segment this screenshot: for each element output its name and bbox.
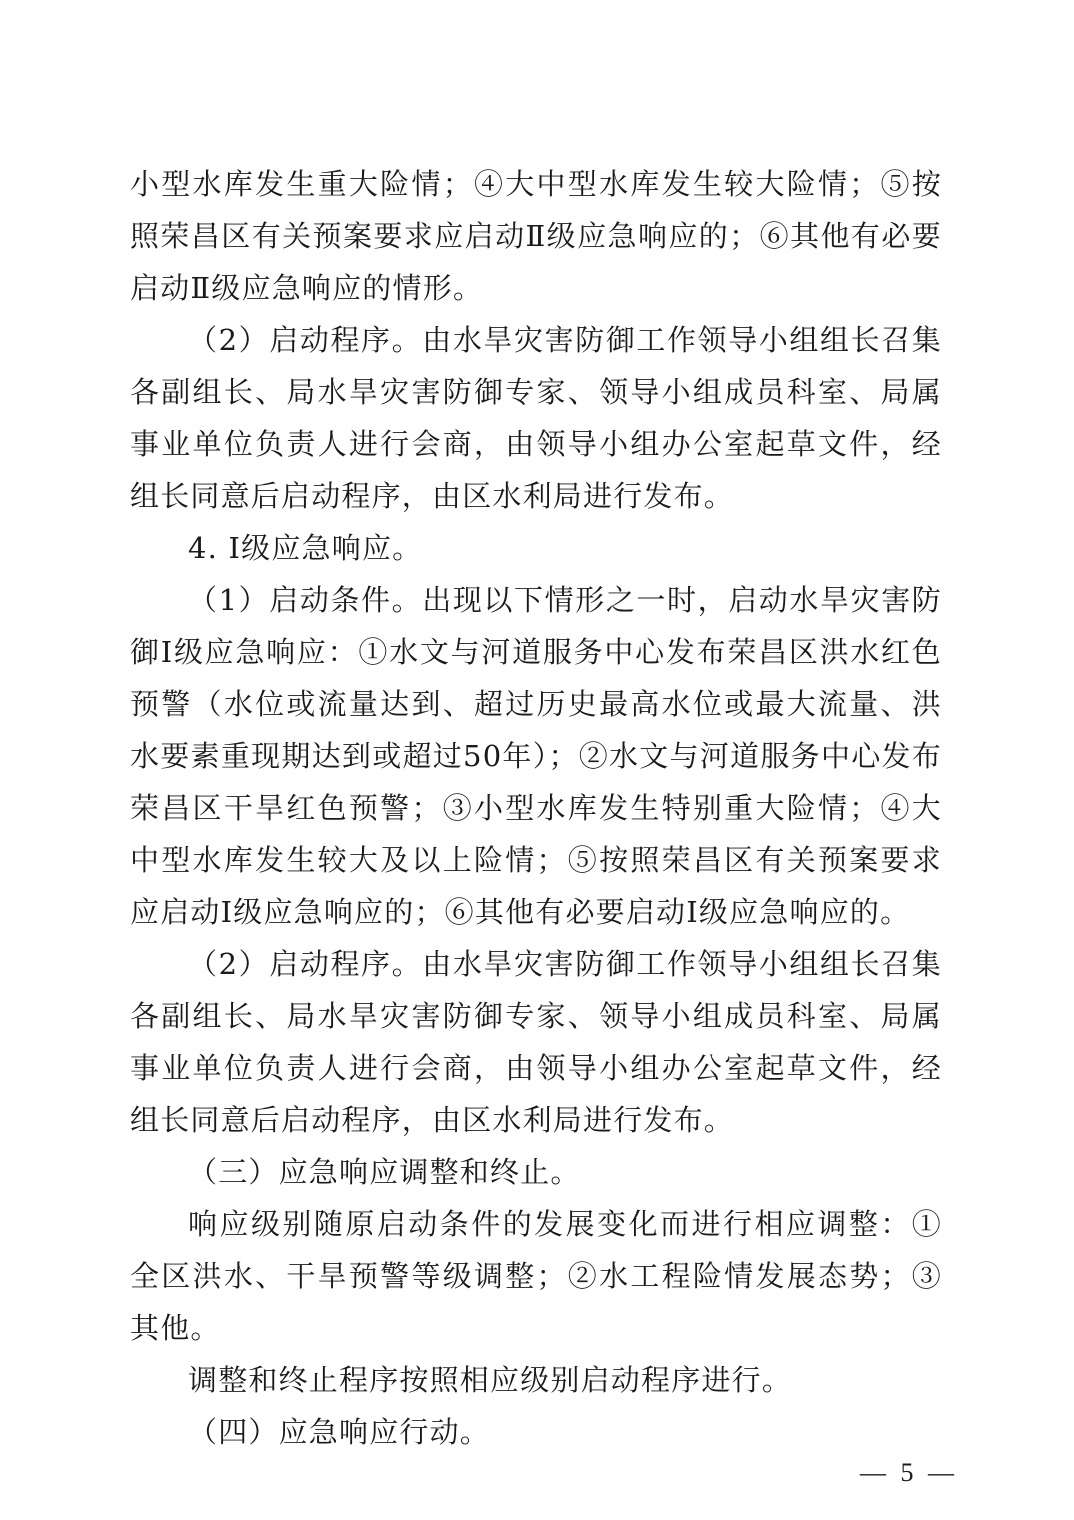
page-number: — 5 —: [860, 1458, 958, 1488]
paragraph-level2-conditions-continued: 小型水库发生重大险情；④大中型水库发生较大险情；⑤按照荣昌区有关预案要求应启动Ⅱ…: [130, 158, 942, 314]
paragraph-level1-procedure: （2）启动程序。由水旱灾害防御工作领导小组组长召集各副组长、局水旱灾害防御专家、…: [130, 938, 942, 1146]
paragraph-level1-conditions: （1）启动条件。出现以下情形之一时，启动水旱灾害防御Ⅰ级应急响应：①水文与河道服…: [130, 574, 942, 938]
heading-level1-response: 4. Ⅰ级应急响应。: [130, 522, 942, 574]
document-page: 小型水库发生重大险情；④大中型水库发生较大险情；⑤按照荣昌区有关预案要求应启动Ⅱ…: [130, 158, 942, 1458]
paragraph-level2-procedure: （2）启动程序。由水旱灾害防御工作领导小组组长召集各副组长、局水旱灾害防御专家、…: [130, 314, 942, 522]
paragraph-termination-procedure: 调整和终止程序按照相应级别启动程序进行。: [130, 1354, 942, 1406]
heading-response-actions: （四）应急响应行动。: [130, 1406, 942, 1458]
heading-adjustment-termination: （三）应急响应调整和终止。: [130, 1146, 942, 1198]
paragraph-adjustment-rules: 响应级别随原启动条件的发展变化而进行相应调整：①全区洪水、干旱预警等级调整；②水…: [130, 1198, 942, 1354]
